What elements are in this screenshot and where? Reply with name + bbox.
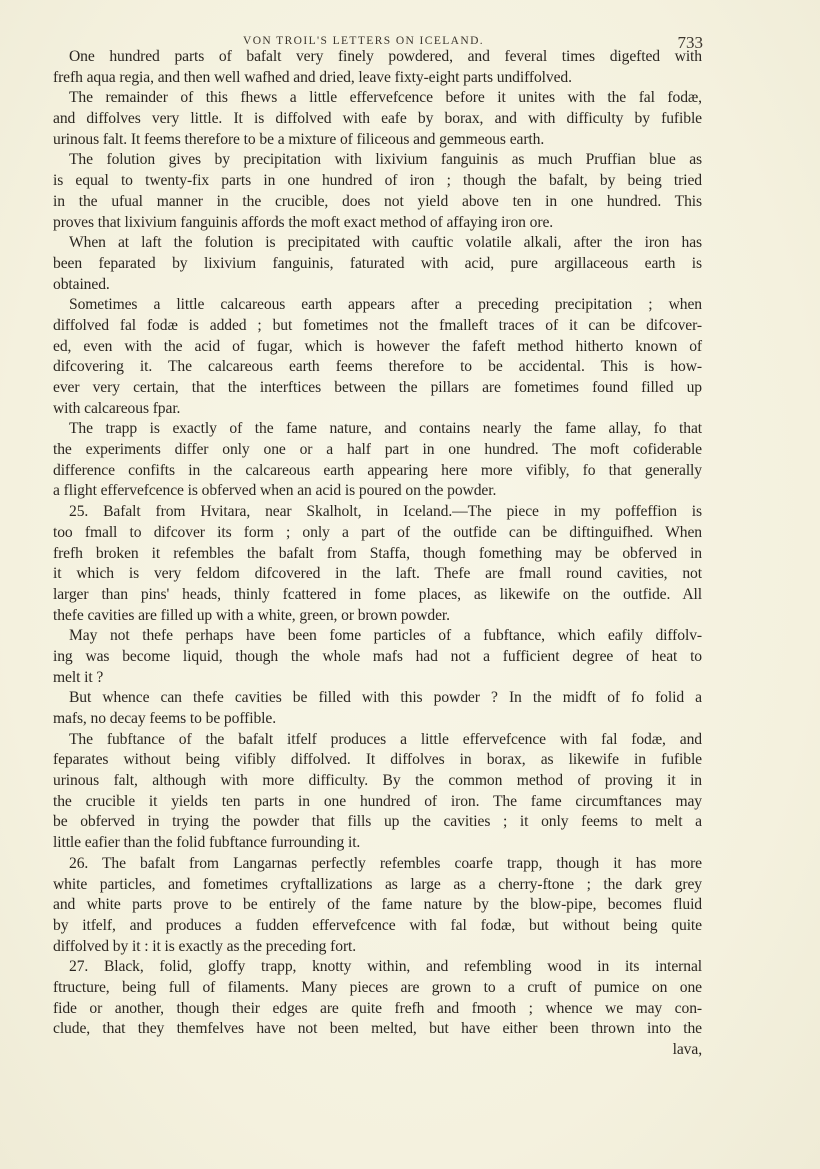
text-line: the experiments differ only one or a hal… xyxy=(53,440,702,461)
text-line: too fmall to difcover its form ; only a … xyxy=(53,523,702,544)
text-line: obtained. xyxy=(53,275,702,296)
text-line: urinous falt, although with more difficu… xyxy=(53,771,702,792)
text-line: is equal to twenty-fix parts in one hund… xyxy=(53,171,702,192)
text-line: diffolved fal fodæ is added ; but fometi… xyxy=(53,316,702,337)
text-line: diffolved by it : it is exactly as the p… xyxy=(53,937,702,958)
text-line: The fubftance of the bafalt itfelf produ… xyxy=(53,730,702,751)
text-line: ing was become liquid, though the whole … xyxy=(53,647,702,668)
text-line: When at laft the folution is precipitate… xyxy=(53,233,702,254)
text-line: ever very certain, that the interftices … xyxy=(53,378,702,399)
text-line: ftructure, being full of filaments. Many… xyxy=(53,978,702,999)
text-line: a flight effervefcence is obferved when … xyxy=(53,481,702,502)
text-line: difcovering it. The calcareous earth fee… xyxy=(53,357,702,378)
text-line: difference confifts in the calcareous ea… xyxy=(53,461,702,482)
text-line: thefe cavities are filled up with a whit… xyxy=(53,606,702,627)
text-line: larger than pins' heads, thinly fcattere… xyxy=(53,585,702,606)
text-line: and white parts prove to be entirely of … xyxy=(53,895,702,916)
text-line: been feparated by lixivium fanguinis, fa… xyxy=(53,254,702,275)
text-line: proves that lixivium fanguinis affords t… xyxy=(53,213,702,234)
text-line: But whence can thefe cavities be filled … xyxy=(53,688,702,709)
text-line: Sometimes a little calcareous earth appe… xyxy=(53,295,702,316)
text-line: clude, that they themfelves have not bee… xyxy=(53,1019,702,1040)
text-line: little eafier than the folid fubftance f… xyxy=(53,833,702,854)
text-line: melt it ? xyxy=(53,668,702,689)
text-line: frefh aqua regia, and then well wafhed a… xyxy=(53,68,702,89)
text-line: fide or another, though their edges are … xyxy=(53,999,702,1020)
book-page: Von Troil's Letters on Iceland. 733 One … xyxy=(0,0,820,1169)
text-line: it which is very feldom difcovered in th… xyxy=(53,564,702,585)
running-title: Von Troil's Letters on Iceland. xyxy=(243,35,484,47)
text-line: urinous falt. It feems therefore to be a… xyxy=(53,130,702,151)
text-line: 27. Black, folid, gloffy trapp, knotty w… xyxy=(53,957,702,978)
text-line: 25. Bafalt from Hvitara, near Skalholt, … xyxy=(53,502,702,523)
text-line: 26. The bafalt from Langarnas perfectly … xyxy=(53,854,702,875)
text-line: frefh broken it refembles the bafalt fro… xyxy=(53,544,702,565)
text-line: white particles, and fometimes cryftalli… xyxy=(53,875,702,896)
text-line: feparates without being vifibly diffolve… xyxy=(53,750,702,771)
body-text: One hundred parts of bafalt very finely … xyxy=(53,47,702,1061)
text-line: ed, even with the acid of fugar, which i… xyxy=(53,337,702,358)
text-line: in the ufual manner in the crucible, doe… xyxy=(53,192,702,213)
text-line: mafs, no decay feems to be poffible. xyxy=(53,709,702,730)
text-line: with calcareous fpar. xyxy=(53,399,702,420)
text-line: The trapp is exactly of the fame nature,… xyxy=(53,419,702,440)
text-line: One hundred parts of bafalt very finely … xyxy=(53,47,702,68)
text-line: be obferved in trying the powder that fi… xyxy=(53,812,702,833)
text-line: The remainder of this fhews a little eff… xyxy=(53,88,702,109)
catchword: lava, xyxy=(53,1040,702,1061)
text-line: by itfelf, and produces a fudden efferve… xyxy=(53,916,702,937)
text-line: and diffolves very little. It is diffolv… xyxy=(53,109,702,130)
text-line: the crucible it yields ten parts in one … xyxy=(53,792,702,813)
text-line: May not thefe perhaps have been fome par… xyxy=(53,626,702,647)
text-line: The folution gives by precipitation with… xyxy=(53,150,702,171)
